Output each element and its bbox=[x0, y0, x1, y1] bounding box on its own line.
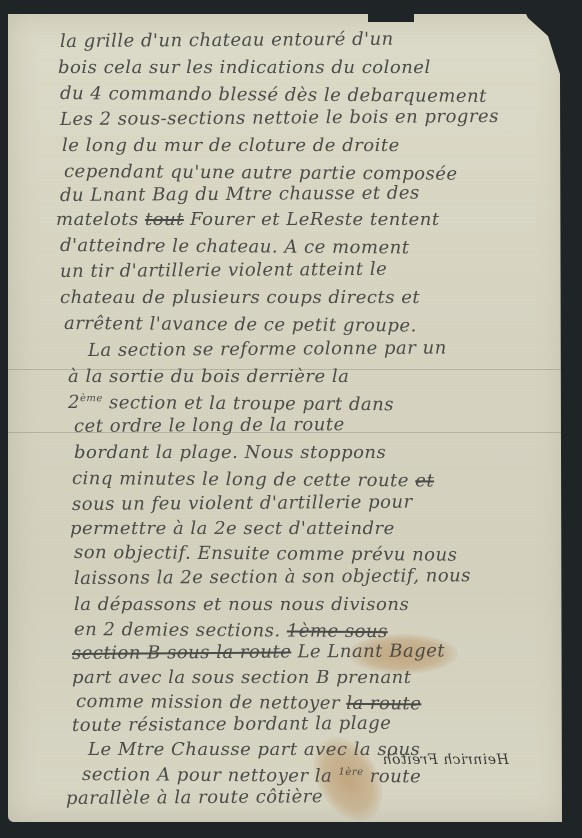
handwritten-line: 2ème section et la troupe part dans bbox=[68, 392, 394, 415]
handwritten-line: chateau de plusieurs coups directs et bbox=[60, 287, 420, 308]
handwritten-line: son objectif. Ensuite comme prévu nous bbox=[74, 542, 458, 566]
struck-out-text: et bbox=[415, 470, 434, 491]
handwritten-line: La section se reforme colonne par un bbox=[88, 337, 447, 361]
handwritten-line: sous un feu violent d'artillerie pour bbox=[72, 492, 413, 515]
handwritten-line: toute résistance bordant la plage bbox=[72, 713, 392, 736]
handwritten-line: parallèle à la route côtière bbox=[66, 786, 323, 809]
handwritten-line: en 2 demies sections. 1ème sous bbox=[74, 619, 388, 642]
handwritten-line: Le Mtre Chausse part avec la sous bbox=[88, 739, 420, 760]
handwritten-line: section A pour nettoyer la 1ère route bbox=[82, 764, 421, 787]
handwritten-line: la dépassons et nous nous divisons bbox=[74, 594, 409, 615]
handwritten-line: à la sortie du bois derrière la bbox=[68, 366, 349, 387]
handwritten-line: permettre à la 2e sect d'atteindre bbox=[70, 518, 395, 539]
handwritten-line: part avec la sous section B prenant bbox=[72, 667, 412, 688]
mirrored-stamp: Heinrich Freitöh bbox=[382, 752, 509, 768]
handwritten-line: un tir d'artillerie violent atteint le bbox=[60, 259, 387, 282]
handwritten-line: Les 2 sous-sections nettoie le bois en p… bbox=[60, 106, 499, 130]
handwritten-line: cependant qu'une autre partie composée bbox=[64, 161, 458, 185]
handwritten-line: du 4 commando blessé dès le debarquement bbox=[60, 83, 487, 107]
handwritten-line: cinq minutes le long de cette route et bbox=[72, 468, 434, 492]
struck-out-text: tout bbox=[145, 209, 184, 230]
struck-out-text: la route bbox=[346, 693, 421, 715]
handwritten-line: du Lnant Bag du Mtre chausse et des bbox=[60, 182, 420, 206]
handwritten-line: arrêtent l'avance de ce petit groupe. bbox=[64, 313, 417, 336]
handwritten-line: bordant la plage. Nous stoppons bbox=[74, 442, 386, 463]
handwritten-line: d'atteindre le chateau. A ce moment bbox=[60, 235, 410, 258]
struck-out-text: section B sous la route bbox=[72, 641, 291, 664]
struck-out-text: 1ème sous bbox=[287, 620, 388, 642]
superscript: 1ère bbox=[339, 767, 364, 778]
handwritten-line: matelots tout Fourer et LeReste tentent bbox=[56, 209, 440, 230]
handwritten-line: comme mission de nettoyer la route bbox=[76, 691, 422, 714]
handwritten-line: le long du mur de cloture de droite bbox=[62, 135, 400, 156]
handwritten-line: bois cela sur les indications du colonel bbox=[58, 57, 431, 78]
handwritten-line: section B sous la route Le Lnant Baget bbox=[72, 640, 445, 664]
handwritten-line: la grille d'un chateau entouré d'un bbox=[60, 29, 394, 52]
handwritten-line: cet ordre le long de la route bbox=[74, 414, 345, 437]
handwritten-line: laissons la 2e section à son objectif, n… bbox=[74, 565, 471, 589]
superscript: ème bbox=[80, 393, 103, 404]
